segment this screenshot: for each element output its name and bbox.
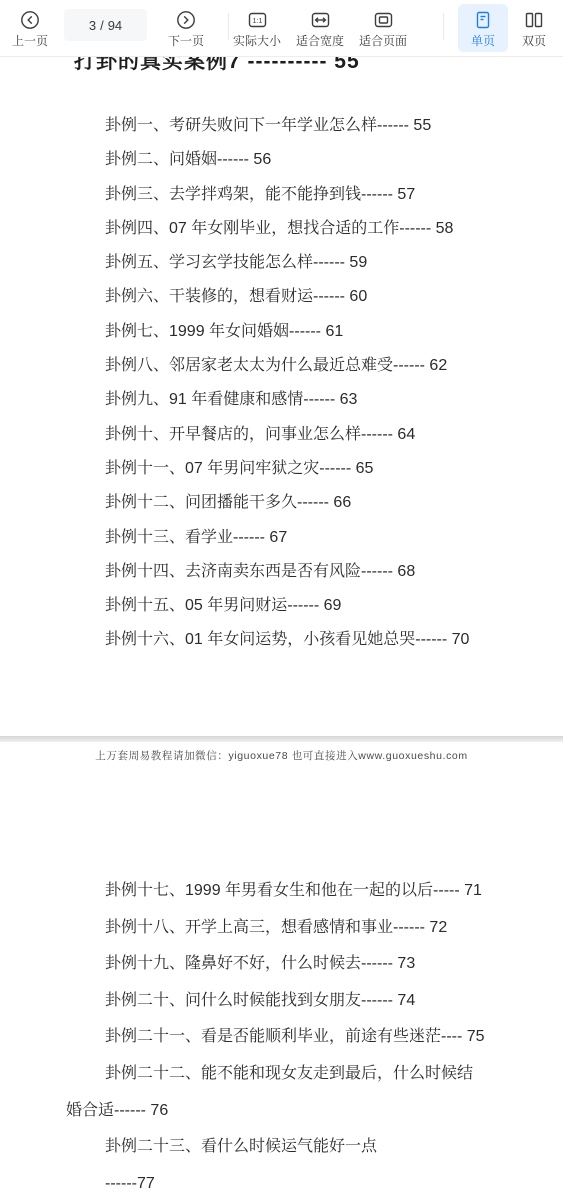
- watermark-text: 上万套周易教程请加微信：yiguoxue78 也可直接进入www.guoxues…: [0, 748, 563, 763]
- fit-page-label: 适合页面: [359, 34, 407, 48]
- toc-entry: 卦例一、考研失败问下一年学业怎么样------ 55: [0, 109, 563, 143]
- actual-size-button[interactable]: 1:1 实际大小: [229, 4, 285, 52]
- page-in-frame-icon: [373, 9, 394, 31]
- single-page-label: 单页: [471, 34, 495, 48]
- toc-entry: 卦例九、91 年看健康和感情------ 63: [0, 383, 563, 417]
- toc-entry: 卦例三、去学拌鸡架，能不能挣到钱------ 57: [0, 178, 563, 212]
- toc-entry: 卦例五、学习玄学技能怎么样------ 59: [0, 246, 563, 280]
- current-page: 3: [87, 18, 98, 33]
- double-page-icon: [523, 9, 545, 31]
- toc-entry: 卦例十一、07 年男问牢狱之灾------ 65: [0, 452, 563, 486]
- toc-entry: 卦例七、1999 年女问婚姻------ 61: [0, 315, 563, 349]
- toc-entry: 卦例十、开早餐店的，问事业怎么样------ 64: [0, 418, 563, 452]
- single-page-icon: [473, 9, 493, 31]
- toc-entry: 卦例二、问婚姻------ 56: [0, 143, 563, 177]
- toc-entry: 卦例二十二、能不能和现女友走到最后，什么时候结: [66, 1056, 556, 1093]
- toc-entry: 卦例二十三、看什么时候运气能好一点: [66, 1129, 556, 1166]
- toc-entry: 卦例十八、开学上高三，想看感情和事业------ 72: [66, 910, 556, 947]
- toc-list-continued: 卦例十七、1999 年男看女生和他在一起的以后----- 71 卦例十八、开学上…: [66, 873, 556, 1200]
- prev-page-button[interactable]: 上一页: [8, 4, 52, 52]
- page-number-input[interactable]: 3 / 94: [64, 9, 147, 41]
- toc-entry: 卦例四、07 年女刚毕业，想找合适的工作------ 58: [0, 212, 563, 246]
- toc-entry: 卦例十三、看学业------ 67: [0, 521, 563, 555]
- svg-text:1:1: 1:1: [252, 17, 262, 24]
- circle-chevron-right-icon: [176, 9, 196, 31]
- fit-width-button[interactable]: 适合宽度: [292, 4, 348, 52]
- toc-entry: 卦例十四、去济南卖东西是否有风险------ 68: [0, 555, 563, 589]
- next-page-button[interactable]: 下一页: [164, 4, 208, 52]
- toc-entry: 卦例十六、01 年女问运势，小孩看见她总哭------ 70: [0, 623, 563, 657]
- toc-list: 卦例一、考研失败问下一年学业怎么样------ 55 卦例二、问婚姻------…: [0, 109, 563, 658]
- toc-entry: 卦例六、干装修的，想看财运------ 60: [0, 280, 563, 314]
- toc-entry: 卦例十五、05 年男问财运------ 69: [0, 589, 563, 623]
- pdf-page-3: 打卦的真实案例7 ---------- 55 卦例一、考研失败问下一年学业怎么样…: [0, 57, 563, 736]
- one-to-one-icon: 1:1: [247, 9, 268, 31]
- toc-section-heading: 打卦的真实案例7 ---------- 55: [74, 57, 360, 75]
- single-page-button[interactable]: 单页: [458, 4, 508, 52]
- prev-page-label: 上一页: [12, 34, 48, 48]
- toc-entry: 卦例八、邻居家老太太为什么最近总难受------ 62: [0, 349, 563, 383]
- double-page-label: 双页: [522, 34, 546, 48]
- next-page-label: 下一页: [168, 34, 204, 48]
- toolbar-divider: [443, 13, 444, 40]
- horizontal-arrows-icon: [310, 9, 331, 31]
- total-pages: 94: [106, 18, 124, 33]
- toc-entry: 卦例二十一、看是否能顺利毕业，前途有些迷茫---- 75: [66, 1019, 556, 1056]
- toc-entry-wrapped: 婚合适------ 76: [66, 1093, 556, 1130]
- pdf-page-4: 上万套周易教程请加微信：yiguoxue78 也可直接进入www.guoxues…: [0, 742, 563, 1200]
- toc-entry: 卦例十二、问团播能干多久------ 66: [0, 486, 563, 520]
- toc-entry: 卦例十七、1999 年男看女生和他在一起的以后----- 71: [66, 873, 556, 910]
- circle-chevron-left-icon: [20, 9, 40, 31]
- toc-entry: 卦例二十、问什么时候能找到女朋友------ 74: [66, 983, 556, 1020]
- toc-entry: 卦例十九、隆鼻好不好，什么时候去------ 73: [66, 946, 556, 983]
- fit-width-label: 适合宽度: [296, 34, 344, 48]
- double-page-button[interactable]: 双页: [512, 4, 556, 52]
- fit-page-button[interactable]: 适合页面: [355, 4, 411, 52]
- toc-entry-wrapped: ------77: [66, 1166, 556, 1200]
- actual-size-label: 实际大小: [233, 34, 281, 48]
- page-separator: /: [98, 18, 106, 33]
- pdf-toolbar: 上一页 3 / 94 下一页 1:1 实际大小: [0, 0, 563, 57]
